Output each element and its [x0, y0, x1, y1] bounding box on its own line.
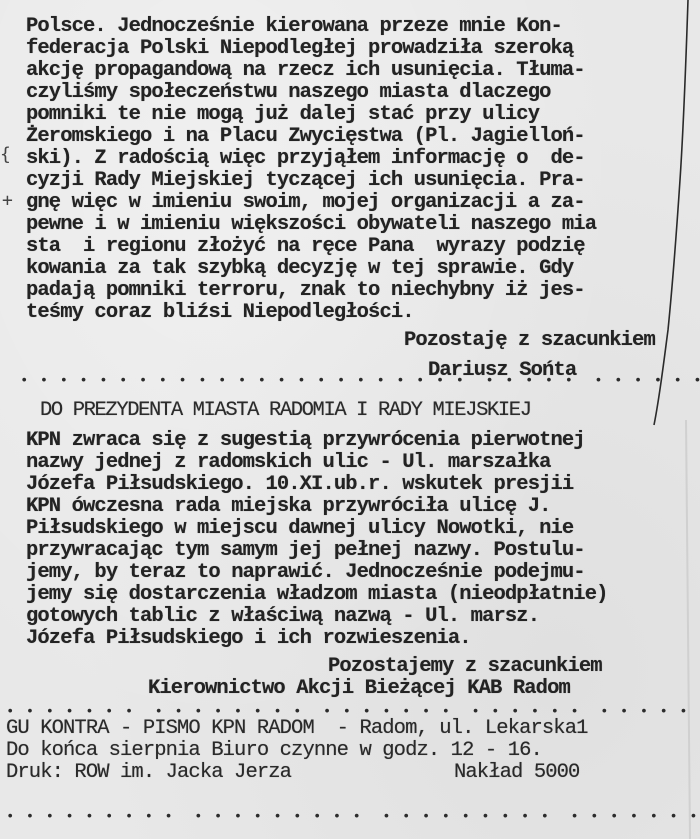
- appeal-line: Józefa Piłsudskiego i ich rozwieszenia.: [26, 628, 471, 650]
- footer-print-run: Nakład 5000: [454, 762, 579, 784]
- separator-dots: • • • • • • • • • • • • • • • • • • • • …: [6, 810, 700, 824]
- letter-line: czyliśmy społeczeństwu naszego miasta dl…: [26, 82, 551, 104]
- appeal-line: Józefa Piłsudskiego. 10.XI.ub.r. wskutek…: [26, 474, 573, 496]
- appeal-line: Piłsudskiego w miejscu dawnej ulicy Nowo…: [26, 518, 573, 540]
- letter-line: padają pomniki terroru, znak to niechybn…: [26, 280, 585, 302]
- appeal-line: KPN ówczesna rada miejska przywróciła ul…: [26, 496, 551, 518]
- letter-line: federacja Polski Niepodległej prowadziła…: [26, 38, 573, 60]
- appeal-line: jemy, by teraz to naprawić. Jednocześnie…: [26, 562, 585, 584]
- footer-masthead: GU KONTRA - PISMO KPN RADOM - Radom, ul.…: [6, 718, 588, 740]
- margin-scribble: +: [2, 190, 13, 211]
- letter-line: Polsce. Jednocześnie kierowana przeze mn…: [26, 16, 562, 38]
- appeal-line: KPN zwraca się z sugestią przywrócenia p…: [26, 430, 585, 452]
- margin-scribble: {: [0, 144, 11, 165]
- appeal-line: jemy się dostarczenia władzom miasta (ni…: [26, 584, 608, 606]
- letter-closing: Pozostaję z szacunkiem: [404, 330, 655, 352]
- letter-line: ski). Z radością więc przyjąłem informac…: [26, 148, 585, 170]
- scanned-page: Polsce. Jednocześnie kierowana przeze mn…: [0, 0, 700, 839]
- footer-printer: Druk: ROW im. Jacka Jerza: [6, 762, 291, 784]
- footer-office-hours: Do końca sierpnia Biuro czynne w godz. 1…: [6, 740, 542, 762]
- appeal-line: gotowych tablic z właściwą nazwą - Ul. m…: [26, 606, 539, 628]
- appeal-closing: Pozostajemy z szacunkiem: [328, 656, 602, 678]
- letter-line: teśmy coraz bliźsi Niepodległości.: [26, 302, 414, 324]
- letter-line: cyzji Rady Miejskiej tyczącej ich usunię…: [26, 170, 585, 192]
- appeal-signature: Kierownictwo Akcji Bieżącej KAB Radom: [148, 678, 570, 700]
- appeal-line: nazwy jednej z radomskich ulic - Ul. mar…: [26, 452, 551, 474]
- appeal-line: przywracając tym samym jej pełnej nazwy.…: [26, 540, 585, 562]
- letter-line: Żeromskiego i na Placu Zwycięstwa (Pl. J…: [26, 126, 585, 148]
- letter-line: kowania za tak szybką decyzję w tej spra…: [26, 258, 573, 280]
- appeal-heading: DO PREZYDENTA MIASTA RADOMIA I RADY MIEJ…: [40, 400, 531, 422]
- letter-line: akcję propagandową na rzecz ich usunięci…: [26, 60, 585, 82]
- letter-line: gnę więc w imieniu swoim, mojej organiza…: [26, 192, 585, 214]
- letter-line: sta i regionu złożyć na ręce Pana wyrazy…: [26, 236, 585, 258]
- separator-dots: • • • • • • • • • • • • • • • • • • • • …: [20, 374, 700, 388]
- letter-line: pewne i w imieniu większości obywateli n…: [26, 214, 596, 236]
- letter-line: pomniki te nie mogą już dalej stać przy …: [26, 104, 539, 126]
